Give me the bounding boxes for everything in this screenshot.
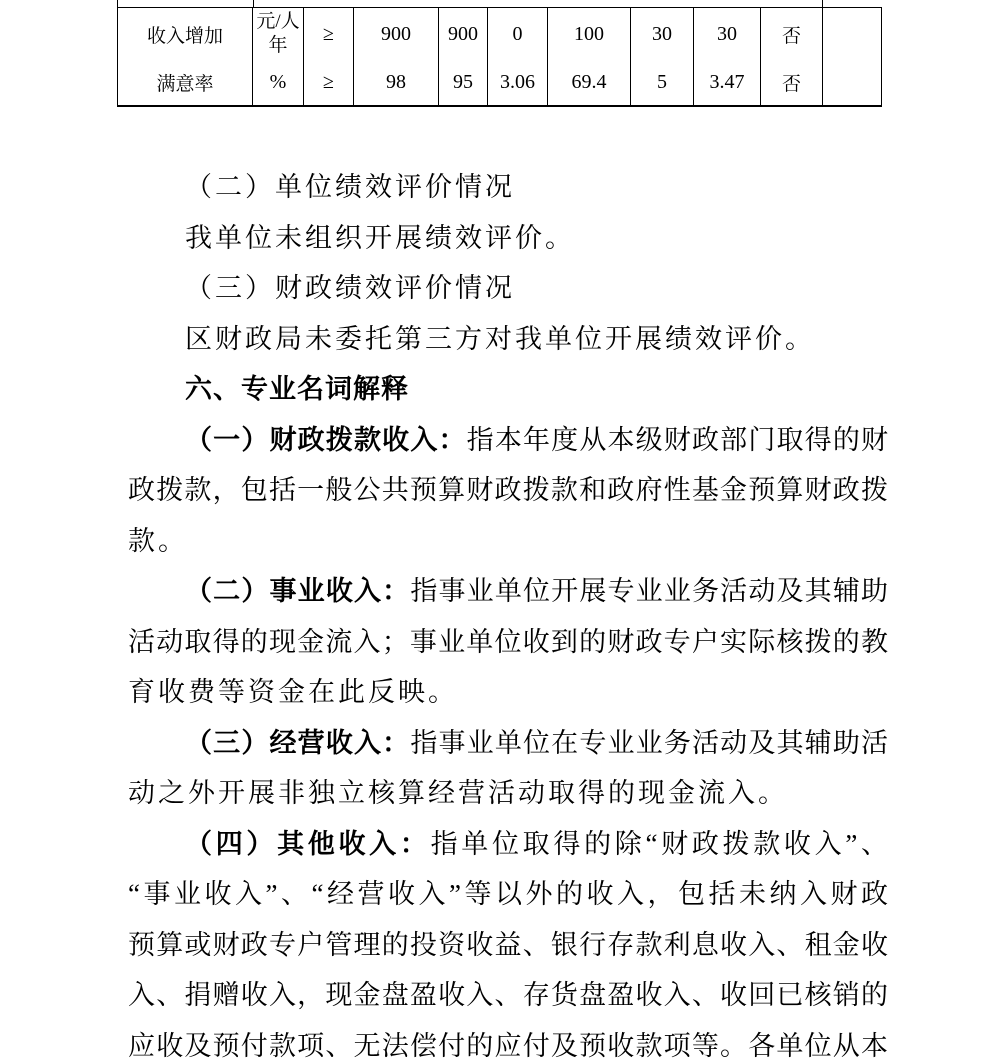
table-cell-empty [823, 8, 881, 60]
table-cell-value: 3.06 [488, 60, 548, 105]
table-cell-operator: ≥ [304, 60, 354, 105]
table-cell-value: 5 [631, 60, 694, 105]
body-line: “事业收入”、“经营收入”等以外的收入，包括未纳入财政 [128, 869, 888, 920]
section-heading: （二）单位绩效评价情况 [128, 162, 888, 213]
body-line: 应收及预付款项、无法偿付的应付及预收款项等。各单位从本 [128, 1021, 888, 1063]
table-cell-indicator: 收入增加 [118, 8, 253, 60]
table-cell-empty [823, 60, 881, 105]
body-line: 款。 [128, 516, 888, 567]
table-cell-value: 3.47 [694, 60, 761, 105]
table-cell-value: 69.4 [548, 60, 631, 105]
table-cell-flag: 否 [761, 60, 823, 105]
term-definition-line: （三）经营收入：指事业单位在专业业务活动及其辅助活 [128, 718, 888, 769]
table-cell-indicator: 满意率 [118, 60, 253, 105]
table-cell-value: 95 [439, 60, 488, 105]
table-cell-value: 100 [548, 8, 631, 60]
document-page: 收入增加 元/人年 ≥ 900 900 0 100 30 30 否 满意率 % … [0, 0, 1000, 1063]
body-line: 区财政局未委托第三方对我单位开展绩效评价。 [128, 314, 888, 365]
term-label: （四）其他收入： [185, 829, 431, 859]
body-line: 育收费等资金在此反映。 [128, 667, 888, 718]
document-body: （二）单位绩效评价情况 我单位未组织开展绩效评价。 （三）财政绩效评价情况 区财… [128, 162, 888, 1063]
table-cell-value: 900 [354, 8, 439, 60]
table-cell-value: 30 [631, 8, 694, 60]
table-cell-value: 0 [488, 8, 548, 60]
table-cell-unit: 元/人年 [253, 8, 304, 60]
body-line: 活动取得的现金流入；事业单位收到的财政专户实际核拨的教 [128, 617, 888, 668]
table-cell-flag: 否 [761, 8, 823, 60]
term-text: 指本年度从本级财政部门取得的财 [467, 425, 888, 455]
table-cell-unit: % [253, 60, 304, 105]
term-label: （三）经营收入： [185, 728, 410, 758]
table-cell-value: 900 [439, 8, 488, 60]
table-cell-value: 98 [354, 60, 439, 105]
table-cell-operator: ≥ [304, 8, 354, 60]
term-definition-line: （二）事业收入：指事业单位开展专业业务活动及其辅助 [128, 566, 888, 617]
body-line: 动之外开展非独立核算经营活动取得的现金流入。 [128, 768, 888, 819]
term-text: 指事业单位开展专业业务活动及其辅助 [410, 576, 888, 606]
section-heading: （三）财政绩效评价情况 [128, 263, 888, 314]
body-line: 入、捐赠收入，现金盘盈收入、存货盘盈收入、收回已核销的 [128, 970, 888, 1021]
body-line: 预算或财政专户管理的投资收益、银行存款利息收入、租金收 [128, 920, 888, 971]
body-line: 我单位未组织开展绩效评价。 [128, 213, 888, 264]
body-line: 政拨款，包括一般公共预算财政拨款和政府性基金预算财政拨 [128, 465, 888, 516]
term-definition-line: （一）财政拨款收入：指本年度从本级财政部门取得的财 [128, 415, 888, 466]
term-text: 指事业单位在专业业务活动及其辅助活 [410, 728, 888, 758]
term-definition-line: （四）其他收入：指单位取得的除“财政拨款收入”、 [128, 819, 888, 870]
table-cell-value: 30 [694, 8, 761, 60]
indicator-table: 收入增加 元/人年 ≥ 900 900 0 100 30 30 否 满意率 % … [117, 7, 882, 107]
term-text: 指单位取得的除“财政拨款收入”、 [431, 829, 888, 859]
section-heading-bold: 六、专业名词解释 [128, 364, 888, 415]
term-label: （一）财政拨款收入： [185, 425, 467, 455]
term-label: （二）事业收入： [185, 576, 410, 606]
